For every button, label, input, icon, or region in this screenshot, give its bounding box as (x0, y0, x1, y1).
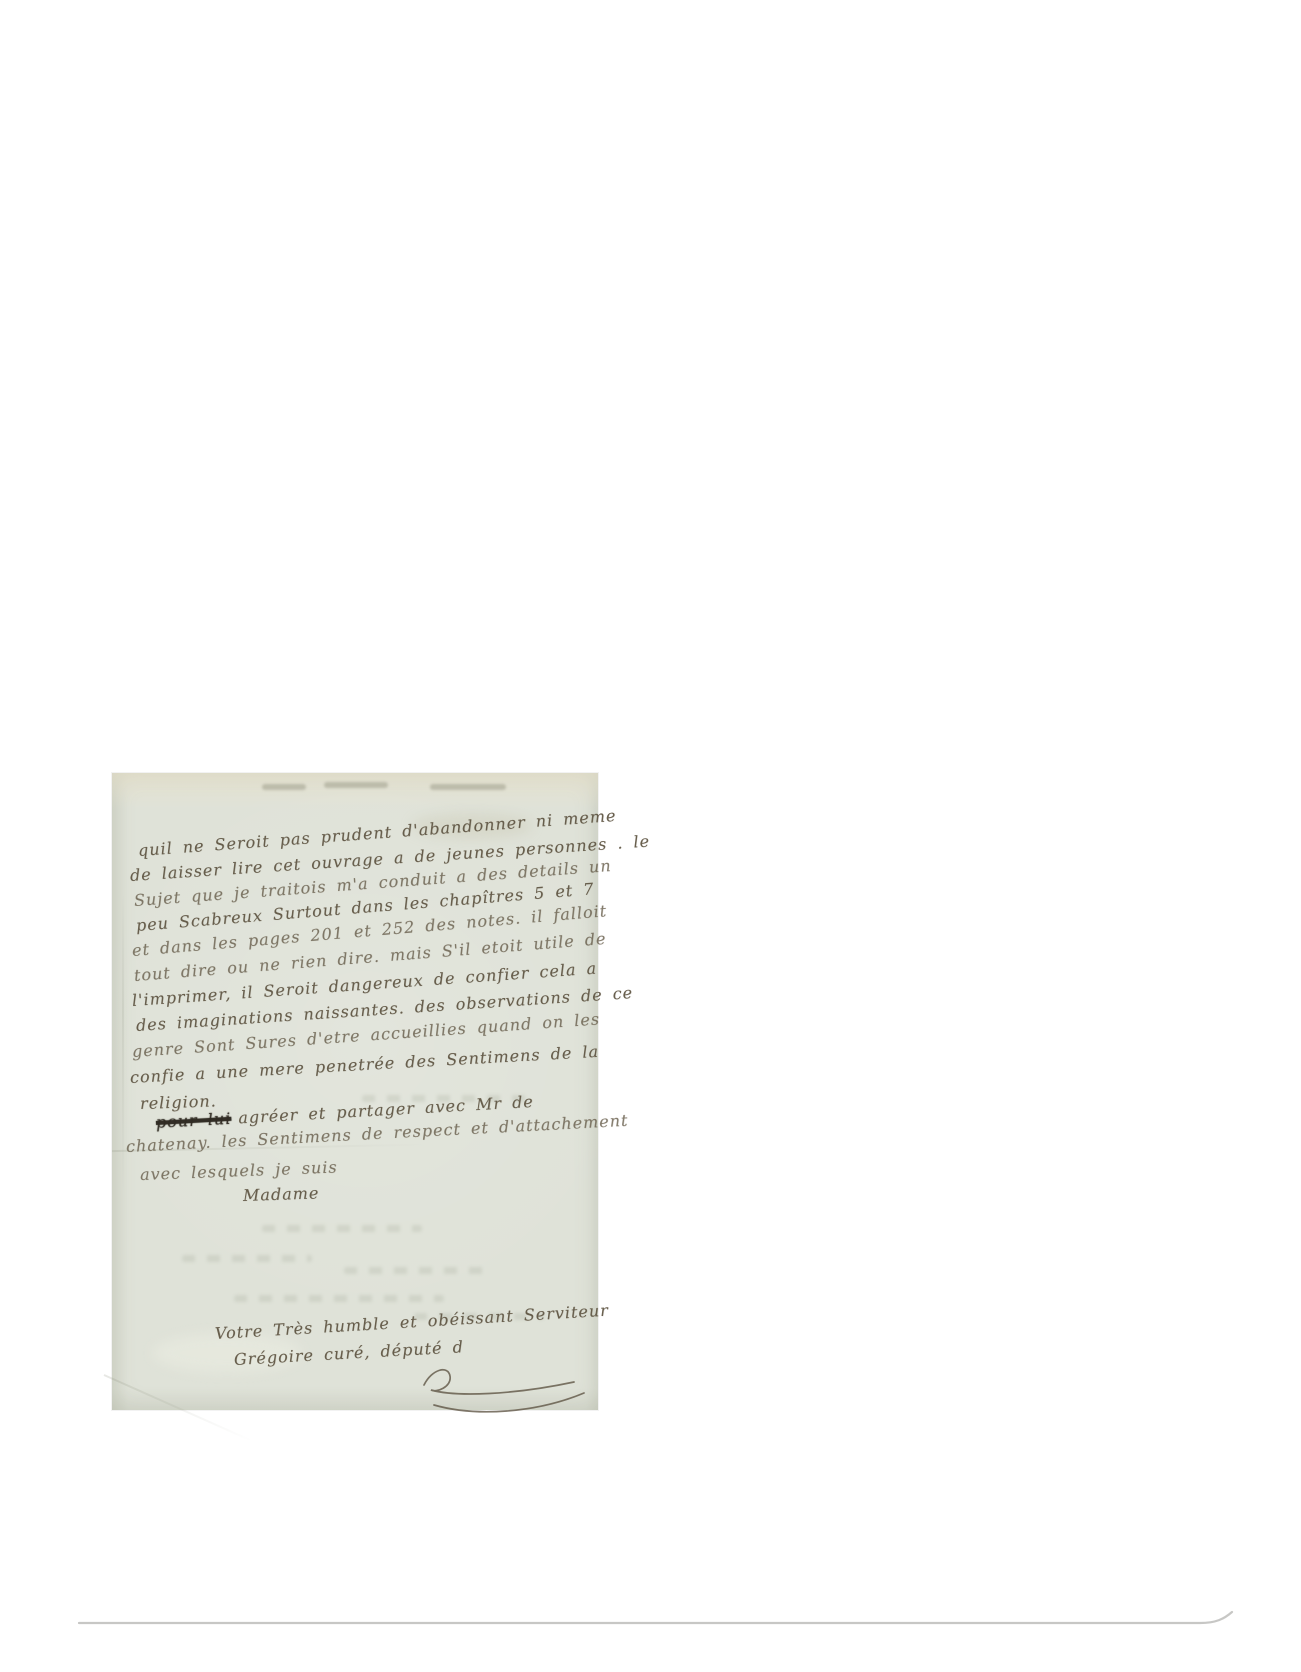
manuscript-line: avec lesquels je suis (140, 1159, 338, 1183)
ink-showthrough (234, 1295, 444, 1302)
ink-showthrough (262, 1225, 422, 1232)
struck-words: pour lui (155, 1109, 231, 1132)
ink-showthrough (182, 1255, 312, 1262)
page-divider (78, 1610, 1248, 1632)
pencil-inscription (430, 784, 506, 790)
pencil-inscription (262, 784, 306, 790)
manuscript-line: Madame (243, 1185, 320, 1204)
signature-flourish (418, 1363, 598, 1419)
manuscript-page: quil ne Seroit pas prudent d'abandonner … (112, 773, 598, 1410)
signature-line: Votre Très humble et obéissant Serviteur (215, 1303, 610, 1342)
paper-crease (104, 1374, 269, 1449)
document-page: quil ne Seroit pas prudent d'abandonner … (0, 0, 1301, 1672)
ink-showthrough (344, 1267, 494, 1274)
paper-crease (122, 893, 124, 1193)
pencil-inscription (324, 782, 388, 788)
